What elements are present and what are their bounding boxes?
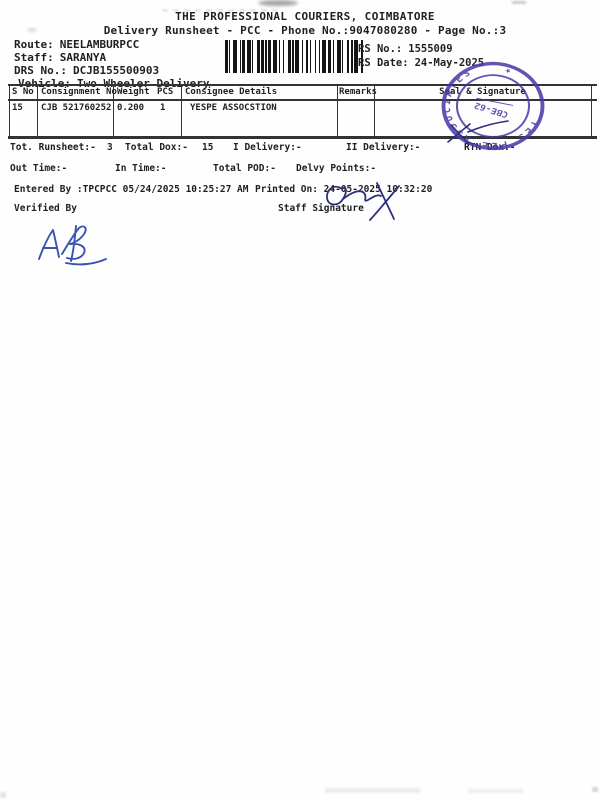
table-border-right: [591, 84, 592, 136]
out-time-label: Out Time:-: [10, 163, 67, 174]
runsheet-subtitle: Delivery Runsheet - PCC - Phone No.:9047…: [10, 24, 600, 37]
drs-line: DRS No.:DCJB155500903: [14, 64, 159, 77]
scan-smudge: [325, 788, 420, 793]
scan-smudge: [258, 0, 298, 6]
scan-smudge: [512, 1, 526, 4]
table-border-left: [9, 84, 10, 136]
stamp-center-text: CBE-62: [473, 100, 510, 119]
rs-no-label: RS No.:: [358, 43, 402, 55]
barcode: [225, 40, 365, 73]
tot-runsheet-value: 3: [107, 142, 113, 153]
total-dox-label: Total Dox:-: [125, 142, 188, 153]
cell-pcs: 1: [160, 103, 165, 113]
tot-runsheet-label: Tot. Runsheet:-: [10, 142, 96, 153]
verified-by-label: Verified By: [14, 203, 77, 214]
route-label: Route:: [14, 38, 54, 51]
scan-smudge: [0, 792, 6, 798]
verified-initials-ink: [39, 226, 106, 264]
cell-s-no: 15: [12, 103, 23, 113]
scan-smudge: [468, 789, 523, 793]
cell-consignee-details: YESPE ASSOCSTION: [190, 103, 277, 113]
table-col-divider: [37, 84, 38, 136]
col-header-remarks: Remarks: [339, 87, 377, 97]
drs-label: DRS No.:: [14, 64, 67, 77]
drs-value: DCJB155500903: [73, 64, 159, 77]
rs-no-value: 1555009: [408, 43, 452, 55]
i-delivery-label: I Delivery:-: [233, 142, 302, 153]
stamp-star-icon: ★: [503, 65, 513, 76]
total-dox-value: 15: [202, 142, 213, 153]
printed-on-line: Printed On: 24-05-2025 10:32:20: [255, 184, 432, 195]
staff-value: SARANYA: [60, 51, 106, 64]
route-value: NEELAMBURPCC: [60, 38, 139, 51]
rs-date-label: RS Date:: [358, 57, 409, 69]
cell-weight: 0.200: [117, 103, 144, 113]
col-header-pcs: PCS: [157, 87, 173, 97]
col-header-consignee: Consignee Details: [185, 87, 277, 97]
entered-by-line: Entered By :TPCPCC 05/24/2025 10:25:27 A…: [14, 184, 249, 195]
in-time-label: In Time:-: [115, 163, 166, 174]
scan-smudge: [592, 787, 598, 792]
staff-line: Staff:SARANYA: [14, 51, 106, 64]
ii-delivery-label: II Delivery:-: [346, 142, 420, 153]
runsheet-document: THE PROFESSIONAL COURIERS, COIMBATORE De…: [0, 0, 600, 800]
staff-signature-label: Staff Signature: [278, 203, 364, 214]
company-title: THE PROFESSIONAL COURIERS, COIMBATORE: [10, 10, 600, 23]
col-header-consignment: Consignment No: [41, 87, 117, 97]
seal-stamp: YES PEE ASSOCIATES ★ CBE-62: [437, 58, 549, 154]
table-col-divider: [181, 84, 182, 136]
col-header-weight: Weight: [117, 87, 150, 97]
route-line: Route:NEELAMBURPCC: [14, 38, 139, 51]
rs-no-line: RS No.:1555009: [358, 42, 453, 57]
staff-label: Staff:: [14, 51, 54, 64]
total-pod-label: Total POD:-: [213, 163, 276, 174]
delvy-points-label: Delvy Points:-: [296, 163, 376, 174]
col-header-s-no: S No: [12, 87, 34, 97]
cell-consignment-no: CJB 521760252: [41, 103, 111, 113]
